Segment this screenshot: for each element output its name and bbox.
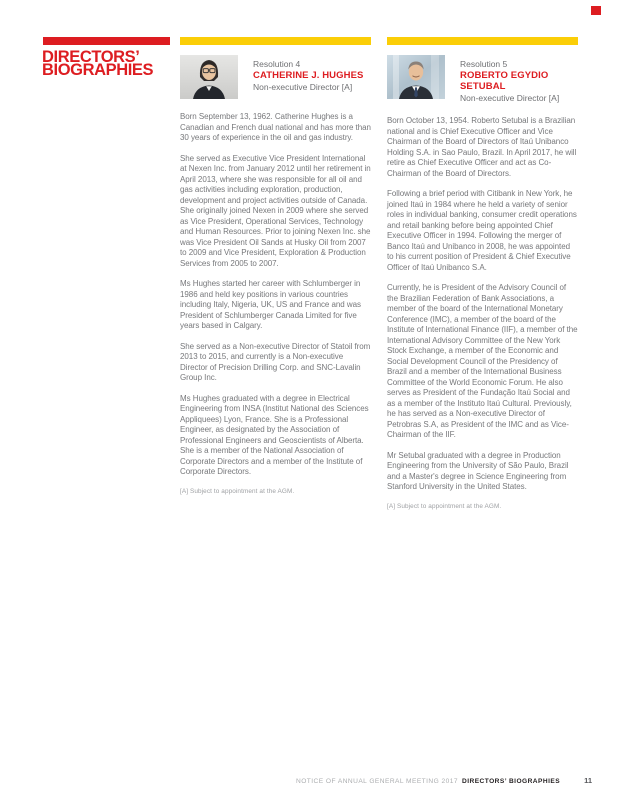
page-corner-tab	[591, 6, 601, 15]
director-profile-header: Resolution 4 CATHERINE J. HUGHES Non-exe…	[180, 55, 371, 99]
page-footer: NOTICE OF ANNUAL GENERAL MEETING 2017 DI…	[296, 776, 592, 785]
bio-paragraph: Born October 13, 1954. Roberto Setubal i…	[387, 116, 578, 179]
bio-paragraph: Following a brief period with Citibank i…	[387, 189, 578, 273]
director-profile-header: Resolution 5 ROBERTO EGYDIO SETUBAL Non-…	[387, 55, 578, 103]
director-photo	[387, 55, 445, 99]
footnote: [A] Subject to appointment at the AGM.	[180, 488, 371, 495]
column-yellow-rule	[387, 37, 578, 45]
director-name: CATHERINE J. HUGHES	[253, 70, 363, 81]
bio-paragraph: Mr Setubal graduated with a degree in Pr…	[387, 451, 578, 493]
resolution-label: Resolution 5	[460, 59, 578, 69]
bio-paragraph: She served as Executive Vice President I…	[180, 154, 371, 270]
footer-section-label: DIRECTORS’ BIOGRAPHIES	[462, 778, 560, 785]
director-name: ROBERTO EGYDIO SETUBAL	[460, 70, 578, 92]
page-title-line2: BIOGRAPHIES	[42, 64, 153, 77]
director-photo	[180, 55, 238, 99]
director-heading: Resolution 5 ROBERTO EGYDIO SETUBAL Non-…	[460, 55, 578, 103]
bio-paragraph: Born September 13, 1962. Catherine Hughe…	[180, 112, 371, 144]
page-number: 11	[584, 776, 592, 785]
column-yellow-rule	[180, 37, 371, 45]
resolution-label: Resolution 4	[253, 59, 363, 69]
page-title: DIRECTORS’ BIOGRAPHIES	[42, 51, 153, 77]
director-column-setubal: Resolution 5 ROBERTO EGYDIO SETUBAL Non-…	[387, 37, 578, 510]
footer-meeting-label: NOTICE OF ANNUAL GENERAL MEETING 2017	[296, 778, 458, 785]
director-role: Non-executive Director [A]	[253, 82, 363, 92]
footnote: [A] Subject to appointment at the AGM.	[387, 503, 578, 510]
bio-paragraph: She served as a Non-executive Director o…	[180, 342, 371, 384]
portrait-catherine-hughes	[180, 55, 238, 99]
portrait-roberto-setubal	[387, 55, 445, 99]
document-page: DIRECTORS’ BIOGRAPHIES	[0, 0, 622, 810]
bio-paragraph: Ms Hughes graduated with a degree in Ele…	[180, 394, 371, 478]
director-heading: Resolution 4 CATHERINE J. HUGHES Non-exe…	[253, 55, 363, 99]
director-bio: Born October 13, 1954. Roberto Setubal i…	[387, 116, 578, 493]
director-column-hughes: Resolution 4 CATHERINE J. HUGHES Non-exe…	[180, 37, 371, 495]
section-title-rule	[43, 37, 170, 45]
director-bio: Born September 13, 1962. Catherine Hughe…	[180, 112, 371, 478]
bio-paragraph: Ms Hughes started her career with Schlum…	[180, 279, 371, 332]
bio-paragraph: Currently, he is President of the Adviso…	[387, 283, 578, 441]
director-role: Non-executive Director [A]	[460, 93, 578, 103]
